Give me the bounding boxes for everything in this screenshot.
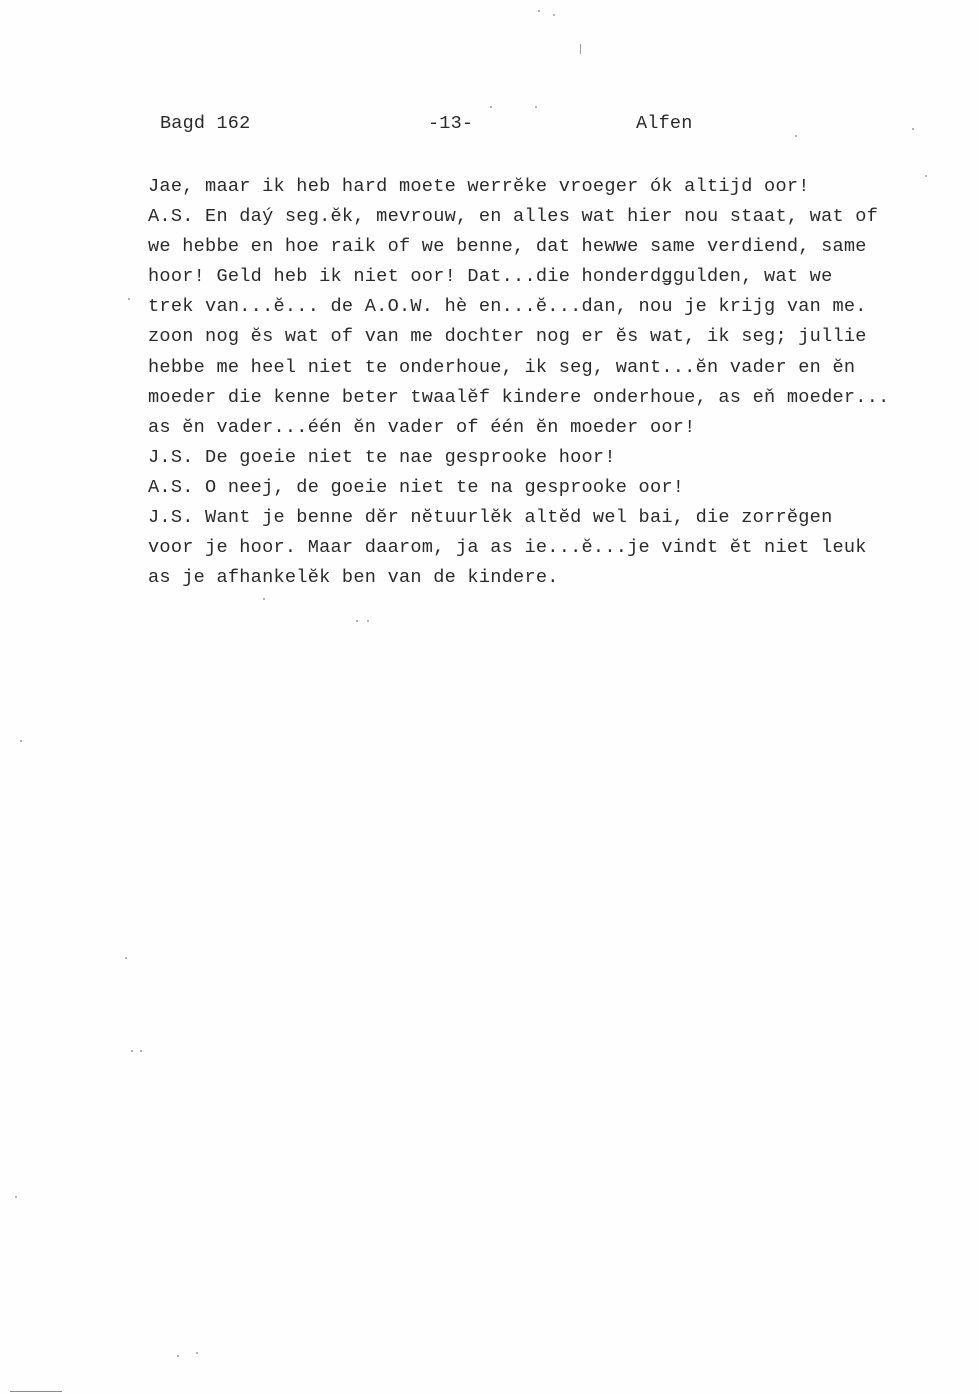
transcript-line: voor je hoor. Maar daarom, ja as ie...ĕ.… — [148, 533, 968, 563]
scan-speck — [140, 1050, 142, 1052]
scan-speck — [535, 106, 537, 108]
header-place: Alfen — [636, 113, 693, 134]
page-header: Bagd 162 -13- Alfen — [160, 113, 720, 141]
transcript-line: we hebbe en hoe raik of we benne, dat he… — [148, 232, 968, 262]
scan-speck — [125, 957, 127, 959]
scan-speck — [925, 175, 927, 177]
scan-speck — [15, 1196, 17, 1198]
header-page-number: -13- — [428, 113, 473, 134]
scan-speck — [553, 14, 555, 16]
scan-speck — [131, 1050, 133, 1052]
transcript-line: as je afhankelĕk ben van de kindere. — [148, 563, 968, 593]
transcript-line: J.S. Want je benne dĕr nĕtuurlĕk altĕd w… — [148, 503, 968, 533]
transcript-line: Jae, maar ik heb hard moete werrĕke vroe… — [148, 172, 968, 202]
scan-speck — [795, 135, 797, 137]
scan-speck — [128, 298, 130, 300]
transcript-line: hoor! Geld heb ik niet oor! Dat...die ho… — [148, 262, 968, 292]
transcript-line: hebbe me heel niet te onderhoue, ik seg,… — [148, 353, 968, 383]
scan-speck — [490, 106, 492, 108]
header-volume: Bagd 162 — [160, 113, 250, 134]
scan-speck — [580, 44, 581, 54]
transcript-body: Jae, maar ik heb hard moete werrĕke vroe… — [148, 172, 968, 593]
scan-speck — [538, 10, 540, 12]
document-page: Bagd 162 -13- Alfen Jae, maar ik heb har… — [0, 0, 979, 1394]
transcript-line: trek van...ĕ... de A.O.W. hè en...ĕ...da… — [148, 292, 968, 322]
transcript-line: as ĕn vader...één ĕn vader of één ĕn moe… — [148, 413, 968, 443]
transcript-line: A.S. En daý seg.ĕk, mevrouw, en alles wa… — [148, 202, 968, 232]
transcript-line: J.S. De goeie niet te nae gesprooke hoor… — [148, 443, 968, 473]
scan-speck — [356, 620, 358, 622]
scan-speck — [263, 598, 265, 600]
scan-speck — [912, 128, 914, 130]
scan-speck — [177, 1355, 179, 1357]
transcript-line: zoon nog ĕs wat of van me dochter nog er… — [148, 322, 968, 352]
transcript-line: A.S. O neej, de goeie niet te na gesproo… — [148, 473, 968, 503]
transcript-line: moeder die kenne beter twaalĕf kindere o… — [148, 383, 968, 413]
scan-speck — [367, 620, 369, 622]
scan-speck — [196, 1352, 198, 1354]
footer-rule — [10, 1391, 62, 1392]
scan-speck — [20, 740, 22, 742]
